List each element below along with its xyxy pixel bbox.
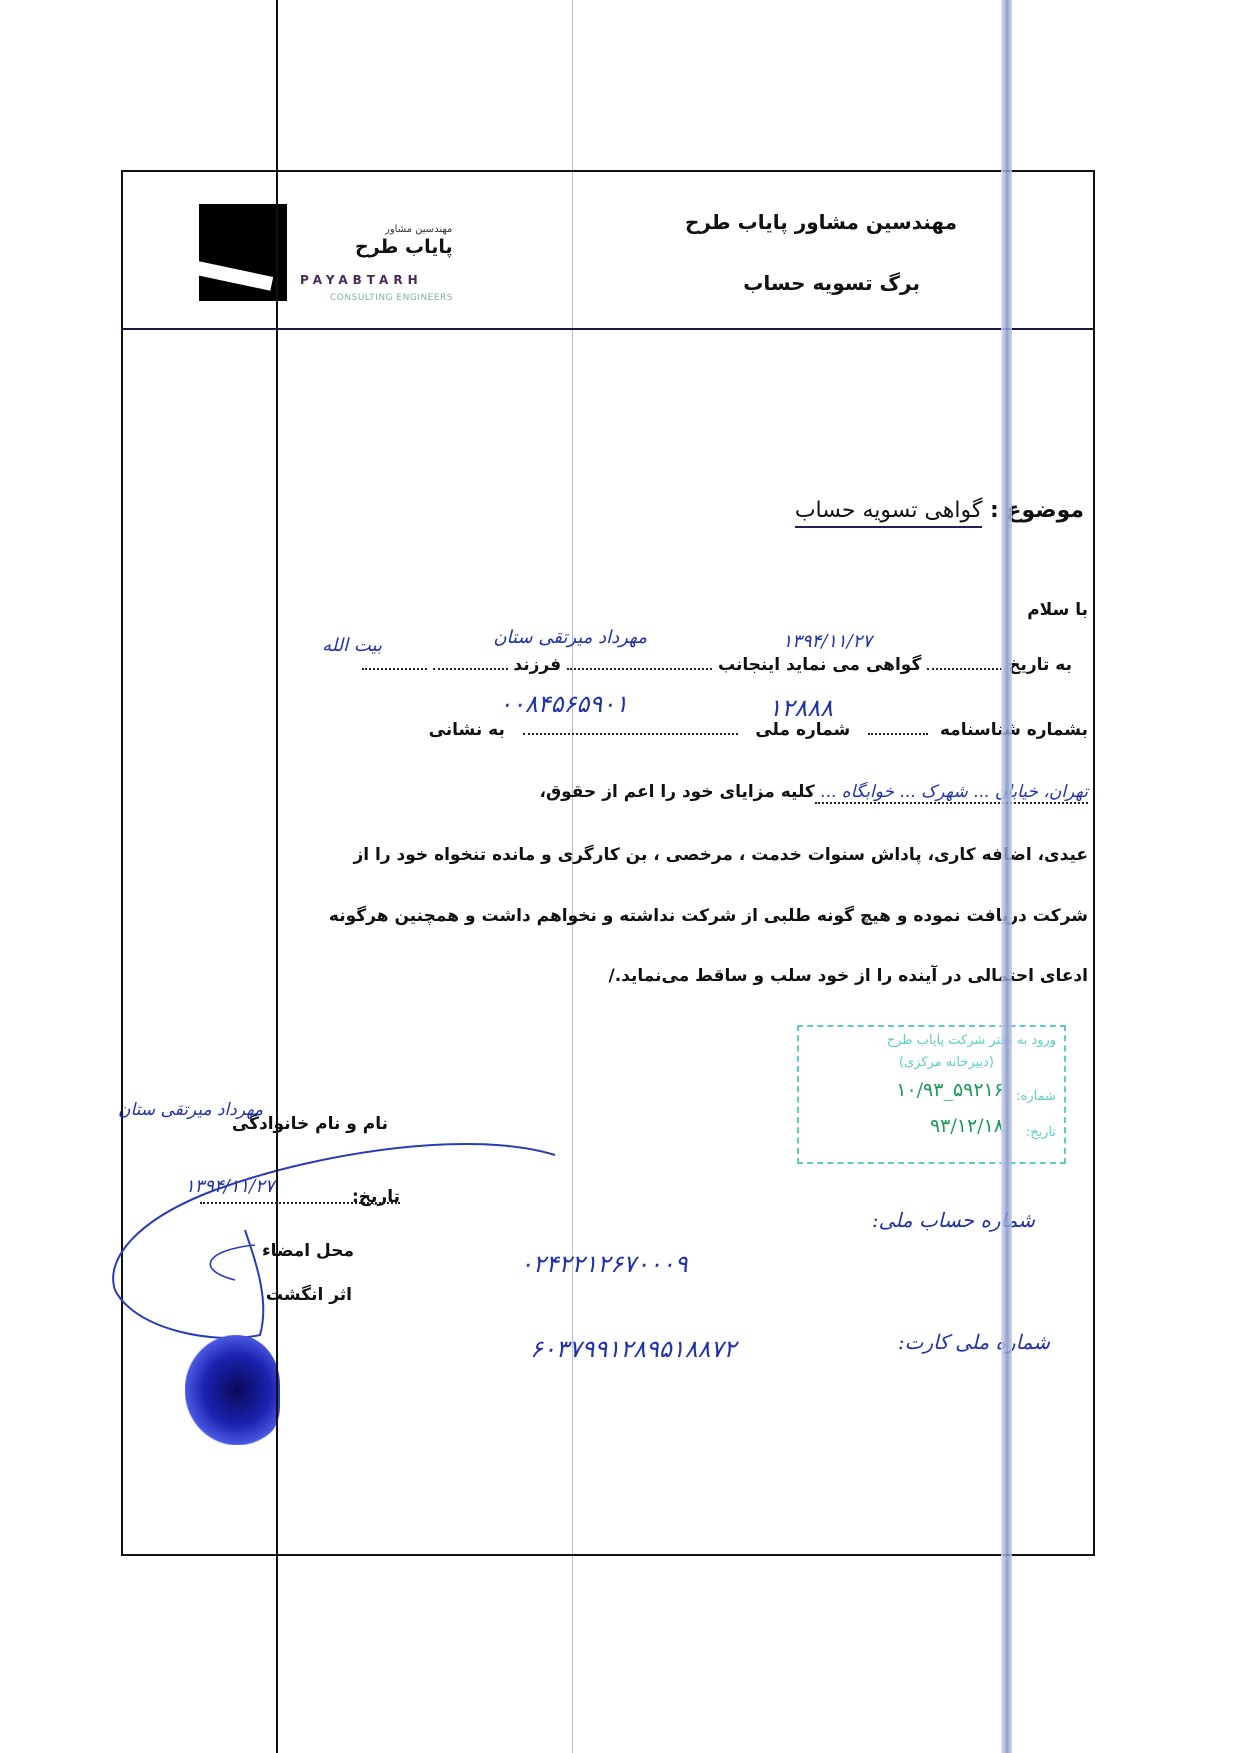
father-name-value: بیت الله [322, 635, 382, 656]
child-of-label: فرزند [513, 655, 561, 675]
logo-subtitle-fa: مهندسین مشاور [385, 224, 452, 235]
date-field [927, 658, 1002, 670]
bank-card-label: شماره ملی کارت: [898, 1330, 1050, 1354]
certify-text: گواهی می نماید اینجانب [718, 655, 921, 675]
date-value: ۱۳۹۴/۱۱/۲۷ [783, 631, 872, 652]
father-name-field-cont [362, 658, 427, 670]
body-line-4: عیدی، اضافه کاری، پاداش سنوات خدمت ، مرخ… [353, 845, 1088, 865]
body-line-2: بشماره شناسنامه ۱۲۸۸۸ شماره ملی ۰۰۸۴۵۶۵۹… [429, 720, 1088, 740]
signature-scribble-icon [95, 1120, 565, 1360]
bank-account-value: ۰۲۴۲۲۱۲۶۷۰۰۰۹ [520, 1250, 688, 1278]
id-label: بشماره شناسنامه [940, 720, 1088, 740]
subject-value: گواهی تسویه حساب [795, 498, 983, 528]
body-line-6: ادعای احتمالی در آینده را از خود سلب و س… [609, 966, 1089, 986]
stamp-subtitle: (دبیرخانه مرکزی) [899, 1055, 994, 1070]
stamp-title: ورود به دفتر شرکت پایاب طرح [887, 1033, 1056, 1048]
name-value: مهرداد میرتقی ستان [493, 627, 647, 648]
date-label: به تاریخ [1008, 655, 1072, 675]
stamp-number-label: شماره: [1016, 1089, 1056, 1104]
stamp-date-label: تاریخ: [1026, 1125, 1056, 1140]
subject-line: موضوع : گواهی تسویه حساب [795, 498, 1084, 523]
national-id-label: شماره ملی [755, 720, 850, 740]
father-name-field [433, 658, 508, 670]
name-field [567, 658, 712, 670]
address-value: تهران، خیابان ... شهرک ... خوابگاه ... [815, 782, 1088, 804]
form-title: برگ تسویه حساب [743, 271, 920, 295]
id-field [868, 723, 928, 735]
logo-subtitle-en: CONSULTING ENGINEERS [330, 293, 453, 303]
logo-name-en: PAYABTARH [300, 273, 423, 287]
body-line-5: شرکت دریافت نموده و هیچ گونه طلبی از شرک… [329, 906, 1088, 926]
received-stamp: ورود به دفتر شرکت پایاب طرح (دبیرخانه مر… [797, 1025, 1066, 1164]
scan-artifact-line [276, 0, 278, 1753]
benefits-text: کلیه مزایای خود را اعم از حقوق، [539, 782, 814, 802]
body-line-1: به تاریخ ۱۳۹۴/۱۱/۲۷ گواهی می نماید اینجا… [362, 655, 1072, 675]
fingerprint-icon [185, 1335, 280, 1445]
national-id-field [523, 723, 738, 735]
logo-name-fa: پایاب طرح [355, 236, 453, 258]
full-name-value: مهرداد میرتقی ستان [118, 1100, 263, 1120]
address-label: به نشانی [429, 720, 505, 740]
id-value: ۱۲۸۸۸ [769, 694, 833, 722]
stamp-date-value: ۹۳/۱۲/۱۸ [930, 1115, 1004, 1137]
company-logo-icon [199, 204, 287, 301]
scan-artifact-streak [1001, 0, 1012, 1753]
company-name: مهندسین مشاور پایاب طرح [685, 210, 957, 234]
stamp-number-value: ۱۰/۹۳_۵۹۲۱۶ [896, 1079, 1004, 1101]
greeting: با سلام [1027, 600, 1088, 620]
bank-card-value: ۶۰۳۷۹۹۱۲۸۹۵۱۸۸۷۲ [530, 1335, 736, 1363]
header-divider [121, 328, 1093, 330]
national-id-value: ۰۰۸۴۵۶۵۹۰۱ [499, 690, 628, 718]
